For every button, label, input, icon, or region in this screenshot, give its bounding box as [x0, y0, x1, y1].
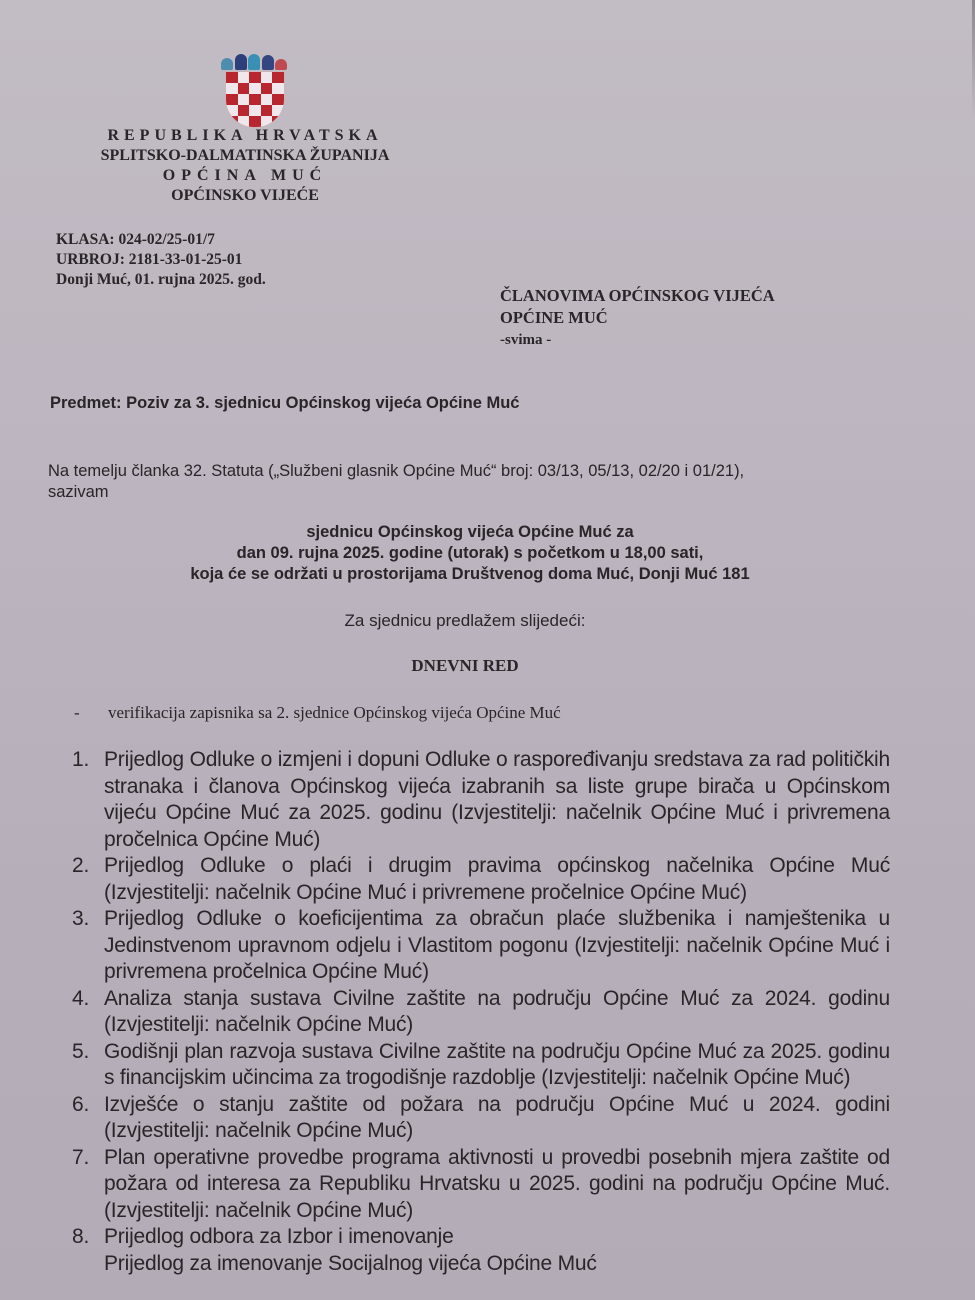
letterhead-county: SPLITSKO-DALMATINSKA ŽUPANIJA: [60, 146, 430, 166]
agenda-item: 7.Plan operativne provedbe programa akti…: [68, 1145, 890, 1225]
checkerboard-shield-icon: [225, 71, 285, 128]
agenda-item-text: Prijedlog Odluke o plaći i drugim pravim…: [104, 854, 890, 904]
agenda-item: 5.Godišnji plan razvoja sustava Civilne …: [68, 1039, 890, 1092]
recipient-line-1: ČLANOVIMA OPĆINSKOG VIJEĆA: [500, 285, 775, 307]
recipient-line-3: -svima -: [500, 329, 775, 351]
agenda-item-text: Plan operativne provedbe programa aktivn…: [104, 1146, 890, 1222]
agenda-item-text: Godišnji plan razvoja sustava Civilne za…: [104, 1040, 890, 1090]
agenda-item-text: Izvješće o stanju zaštite od požara na p…: [104, 1093, 890, 1143]
coat-of-arms-icon: [221, 50, 287, 126]
letterhead-municipality: OPĆINA MUĆ: [60, 166, 430, 186]
agenda-item-text: Prijedlog Odluke o koeficijentima za obr…: [104, 907, 890, 983]
dash-bullet: -: [60, 703, 108, 723]
agenda-item-number: 6.: [72, 1092, 89, 1119]
proposal-text: Za sjednicu predlažem slijedeći:: [0, 611, 930, 631]
agenda-item-text: Analiza stanja sustava Civilne zaštite n…: [104, 987, 890, 1037]
pre-agenda-item: -verifikacija zapisnika sa 2. sjednice O…: [60, 703, 561, 723]
agenda-item-number: 3.: [72, 906, 89, 933]
agenda-item: 4.Analiza stanja sustava Civilne zaštite…: [68, 986, 890, 1039]
agenda-item-number: 4.: [72, 986, 89, 1013]
agenda-item-number: 2.: [72, 853, 89, 880]
intro-line-1: Na temelju članka 32. Statuta („Službeni…: [48, 461, 908, 482]
recipient-block: ČLANOVIMA OPĆINSKOG VIJEĆA OPĆINE MUĆ -s…: [500, 285, 775, 351]
agenda-item-number: 5.: [72, 1039, 89, 1066]
document-page: REPUBLIKA HRVATSKA SPLITSKO-DALMATINSKA …: [0, 0, 975, 1300]
letterhead-country: REPUBLIKA HRVATSKA: [60, 126, 430, 146]
subject-line: Predmet: Poziv za 3. sjednicu Općinskog …: [50, 394, 519, 413]
agenda-item: 8.Prijedlog odbora za Izbor i imenovanje: [68, 1224, 890, 1251]
agenda-item-text: Prijedlog Odluke o izmjeni i dopuni Odlu…: [104, 748, 890, 851]
agenda-item-number: 7.: [72, 1145, 89, 1172]
recipient-line-2: OPĆINE MUĆ: [500, 307, 775, 329]
letterhead: REPUBLIKA HRVATSKA SPLITSKO-DALMATINSKA …: [60, 126, 430, 206]
intro-line-2: sazivam: [48, 482, 908, 503]
session-line-1: sjednicu Općinskog vijeća Općine Muć za: [120, 522, 820, 543]
pre-agenda-item-text: verifikacija zapisnika sa 2. sjednice Op…: [108, 703, 561, 722]
place-and-date: Donji Muć, 01. rujna 2025. god.: [56, 270, 266, 290]
agenda-item: 1.Prijedlog Odluke o izmjeni i dopuni Od…: [68, 747, 890, 853]
agenda-item: 2.Prijedlog Odluke o plaći i drugim prav…: [68, 853, 890, 906]
intro-paragraph: Na temelju članka 32. Statuta („Službeni…: [48, 461, 908, 503]
agenda-item-text: Prijedlog odbora za Izbor i imenovanje: [104, 1225, 454, 1248]
session-line-2: dan 09. rujna 2025. godine (utorak) s po…: [120, 543, 820, 564]
reference-block: KLASA: 024-02/25-01/7 URBROJ: 2181-33-01…: [56, 230, 266, 290]
letterhead-body: OPĆINSKO VIJEĆE: [60, 186, 430, 206]
klasa-number: KLASA: 024-02/25-01/7: [56, 230, 266, 250]
agenda-title: DNEVNI RED: [0, 656, 930, 676]
session-line-3: koja će se održati u prostorijama Društv…: [120, 564, 820, 585]
session-details: sjednicu Općinskog vijeća Općine Muć za …: [120, 522, 820, 585]
agenda-item: 6.Izvješće o stanju zaštite od požara na…: [68, 1092, 890, 1145]
crown-icon: [221, 50, 287, 70]
agenda-list: 1.Prijedlog Odluke o izmjeni i dopuni Od…: [68, 747, 890, 1277]
agenda-item-number: 1.: [72, 747, 89, 774]
agenda-item: 3.Prijedlog Odluke o koeficijentima za o…: [68, 906, 890, 986]
urbroj-number: URBROJ: 2181-33-01-25-01: [56, 250, 266, 270]
agenda-sub-item: Prijedlog za imenovanje Socijalnog vijeć…: [68, 1251, 890, 1278]
agenda-item-number: 8.: [72, 1224, 89, 1251]
